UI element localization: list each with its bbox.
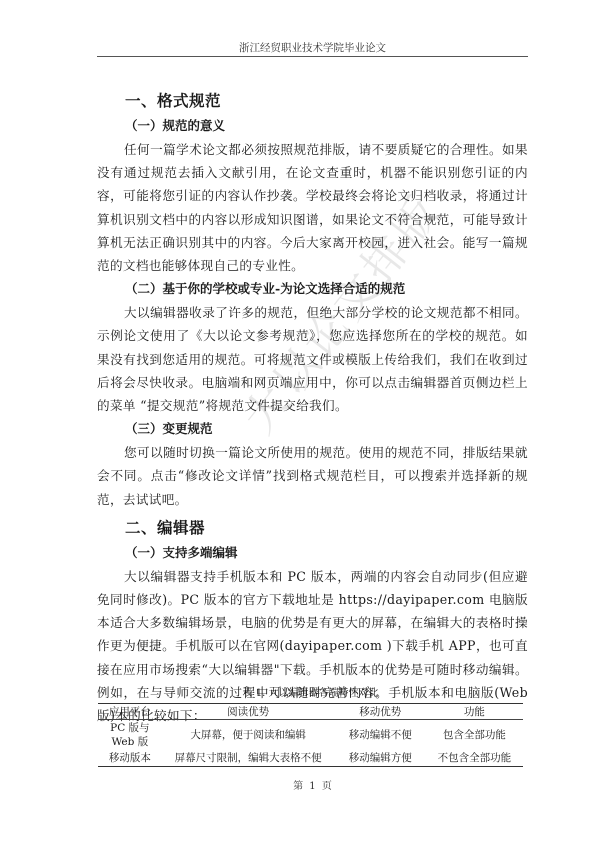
column-header: 应用平台: [98, 704, 162, 720]
table-cell: 不包含全部功能: [426, 750, 523, 767]
table-cell: 移动版本: [98, 750, 162, 767]
column-header: 功能: [426, 704, 523, 720]
table-cell: 屏幕尺寸限制，编辑大表格不便: [162, 750, 335, 767]
section-heading-1: 一、格式规范: [97, 88, 528, 114]
table-header-row: 应用平台 阅读优势 移动优势 功能: [98, 704, 523, 720]
table-cell: 包含全部功能: [426, 720, 523, 751]
page-number: 第 1 页: [97, 780, 528, 794]
comparison-table: 应用平台 阅读优势 移动优势 功能 PC 版与 Web 版 大屏幕，便于阅读和编…: [98, 703, 523, 767]
column-header: 阅读优势: [162, 704, 335, 720]
comparison-table-block: 表 1. 大以编辑器各端特性对比 应用平台 阅读优势 移动优势 功能 PC 版与…: [98, 687, 523, 767]
header-rule: [97, 56, 528, 57]
subsection-heading-1-3: （三）变更规范: [97, 417, 528, 441]
table-cell: PC 版与 Web 版: [98, 720, 162, 751]
column-header: 移动优势: [335, 704, 426, 720]
paragraph-1-3: 您可以随时切换一篇论文所使用的规范。使用的规范不同，排版结果就会不同。点击“修改…: [97, 441, 528, 511]
subsection-heading-1-1: （一）规范的意义: [97, 114, 528, 138]
paragraph-1-2: 大以编辑器收录了许多的规范，但绝大部分学校的论文规范都不相同。示例论文使用了《大…: [97, 301, 528, 417]
table-caption: 表 1. 大以编辑器各端特性对比: [98, 687, 523, 701]
table-cell: 移动编辑方便: [335, 750, 426, 767]
paragraph-1-1: 任何一篇学术论文都必须按照规范排版，请不要质疑它的合理性。如果没有通过规范去插入…: [97, 138, 528, 277]
page-header: 浙江经贸职业技术学院毕业论文: [97, 41, 528, 57]
table-cell: 移动编辑不便: [335, 720, 426, 751]
section-heading-2: 二、编辑器: [97, 515, 528, 541]
table-cell: 大屏幕，便于阅读和编辑: [162, 720, 335, 751]
table-row: 移动版本 屏幕尺寸限制，编辑大表格不便 移动编辑方便 不包含全部功能: [98, 750, 523, 767]
subsection-heading-1-2: （二）基于你的学校或专业-为论文选择合适的规范: [97, 277, 528, 301]
document-body: 一、格式规范 （一）规范的意义 任何一篇学术论文都必须按照规范排版，请不要质疑它…: [97, 88, 528, 727]
table-row: PC 版与 Web 版 大屏幕，便于阅读和编辑 移动编辑不便 包含全部功能: [98, 720, 523, 751]
subsection-heading-2-1: （一）支持多端编辑: [97, 541, 528, 565]
